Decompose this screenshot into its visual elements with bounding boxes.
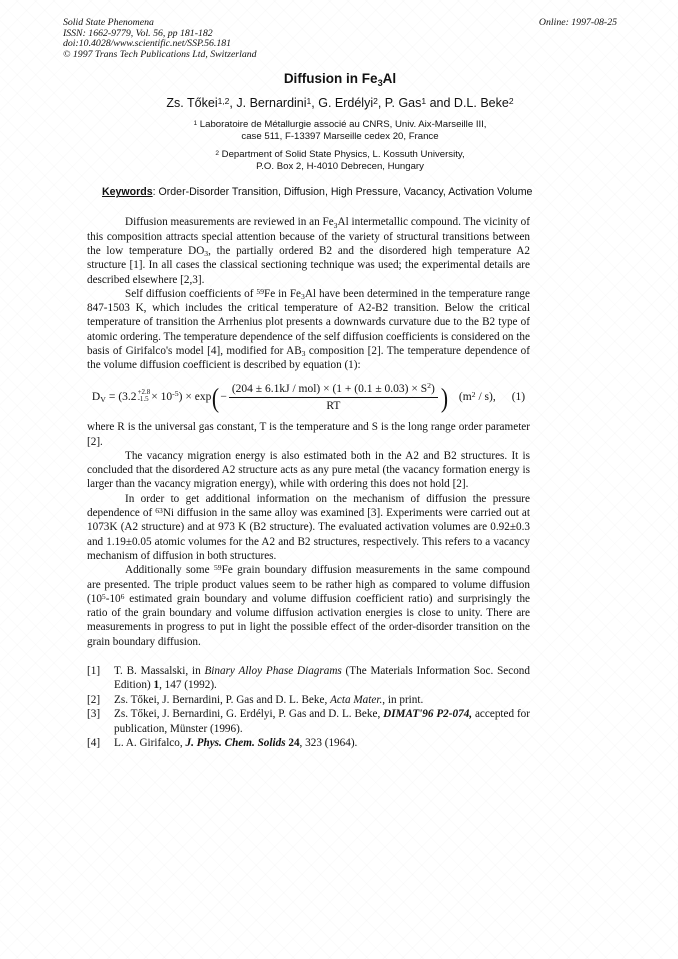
- equation-prefactor: (3.2: [118, 390, 136, 404]
- equation-exp-operator: ) × exp: [179, 390, 212, 404]
- journal-header: Solid State Phenomena ISSN: 1662-9779, V…: [63, 18, 617, 60]
- journal-info-block: Solid State Phenomena ISSN: 1662-9779, V…: [63, 18, 257, 60]
- keywords-text: : Order-Disorder Transition, Diffusion, …: [153, 186, 533, 198]
- paper-page: Solid State Phenomena ISSN: 1662-9779, V…: [0, 0, 678, 959]
- reference-4-label: [4]: [87, 736, 100, 751]
- equation-lhs: D: [92, 390, 100, 404]
- reference-1-label: [1]: [87, 664, 100, 679]
- affiliation-1-line2: case 511, F-13397 Marseille cedex 20, Fr…: [63, 131, 617, 143]
- reference-3: [3] Zs. Tőkei, J. Bernardini, G. Erdélyi…: [87, 707, 530, 736]
- equation-minus-sign: −: [220, 390, 227, 404]
- affiliation-1: 1 Laboratoire de Métallurgie associé au …: [63, 119, 617, 143]
- paragraph-pressure-dependence: In order to get additional information o…: [87, 492, 530, 563]
- affiliation-2-line1: 2 Department of Solid State Physics, L. …: [63, 149, 617, 161]
- paragraph-intro: Diffusion measurements are reviewed in a…: [87, 215, 530, 286]
- equation-denominator: RT: [326, 398, 340, 413]
- equation-1: DV = (3.2 +2.8 -1.5 × 10-5 ) × exp ( − (…: [87, 382, 530, 414]
- equation-units: (m2 / s),: [459, 390, 496, 404]
- online-date: Online: 1997-08-25: [539, 18, 617, 29]
- equation-fraction: (204 ± 6.1kJ / mol) × (1 + (0.1 ± 0.03) …: [229, 382, 438, 414]
- article-body: Diffusion measurements are reviewed in a…: [87, 215, 530, 751]
- affiliation-2-line2: P.O. Box 2, H-4010 Debrecen, Hungary: [63, 161, 617, 173]
- paper-title: Diffusion in Fe3Al: [63, 71, 617, 86]
- reference-4-text: L. A. Girifalco, J. Phys. Chem. Solids 2…: [114, 737, 357, 749]
- equation-times-ten: × 10: [151, 390, 172, 404]
- copyright-line: © 1997 Trans Tech Publications Ltd, Swit…: [63, 50, 257, 61]
- paragraph-grain-boundary: Additionally some 59Fe grain boundary di…: [87, 563, 530, 649]
- keywords-label: Keywords: [102, 186, 153, 198]
- affiliation-2: 2 Department of Solid State Physics, L. …: [63, 149, 617, 173]
- equation-tolerance-minus: -1.5: [138, 396, 151, 403]
- keywords-line: Keywords: Order-Disorder Transition, Dif…: [102, 186, 617, 198]
- affiliation-1-line1: 1 Laboratoire de Métallurgie associé au …: [63, 119, 617, 131]
- reference-2-label: [2]: [87, 693, 100, 708]
- reference-4: [4] L. A. Girifalco, J. Phys. Chem. Soli…: [87, 736, 530, 751]
- journal-name: Solid State Phenomena: [63, 18, 257, 29]
- paragraph-where-clause: where R is the universal gas constant, T…: [87, 420, 530, 449]
- paragraph-self-diffusion: Self diffusion coefficients of 59Fe in F…: [87, 287, 530, 373]
- reference-1-text: T. B. Massalski, in Binary Alloy Phase D…: [114, 665, 530, 692]
- equation-tolerance-stack: +2.8 -1.5: [138, 389, 151, 403]
- reference-1: [1] T. B. Massalski, in Binary Alloy Pha…: [87, 664, 530, 693]
- page-content: Solid State Phenomena ISSN: 1662-9779, V…: [63, 18, 617, 751]
- reference-3-label: [3]: [87, 707, 100, 722]
- reference-2: [2] Zs. Tőkei, J. Bernardini, P. Gas and…: [87, 693, 530, 708]
- equation-equals: =: [109, 390, 116, 404]
- reference-3-text: Zs. Tőkei, J. Bernardini, G. Erdélyi, P.…: [114, 708, 530, 735]
- reference-2-text: Zs. Tőkei, J. Bernardini, P. Gas and D. …: [114, 694, 423, 706]
- equation-number: (1): [512, 390, 525, 404]
- authors-line: Zs. Tőkei1,2, J. Bernardini1, G. Erdélyi…: [63, 96, 617, 110]
- paragraph-vacancy-migration: The vacancy migration energy is also est…: [87, 449, 530, 492]
- equation-numerator: (204 ± 6.1kJ / mol) × (1 + (0.1 ± 0.03) …: [229, 382, 438, 398]
- references-list: [1] T. B. Massalski, in Binary Alloy Pha…: [87, 664, 530, 751]
